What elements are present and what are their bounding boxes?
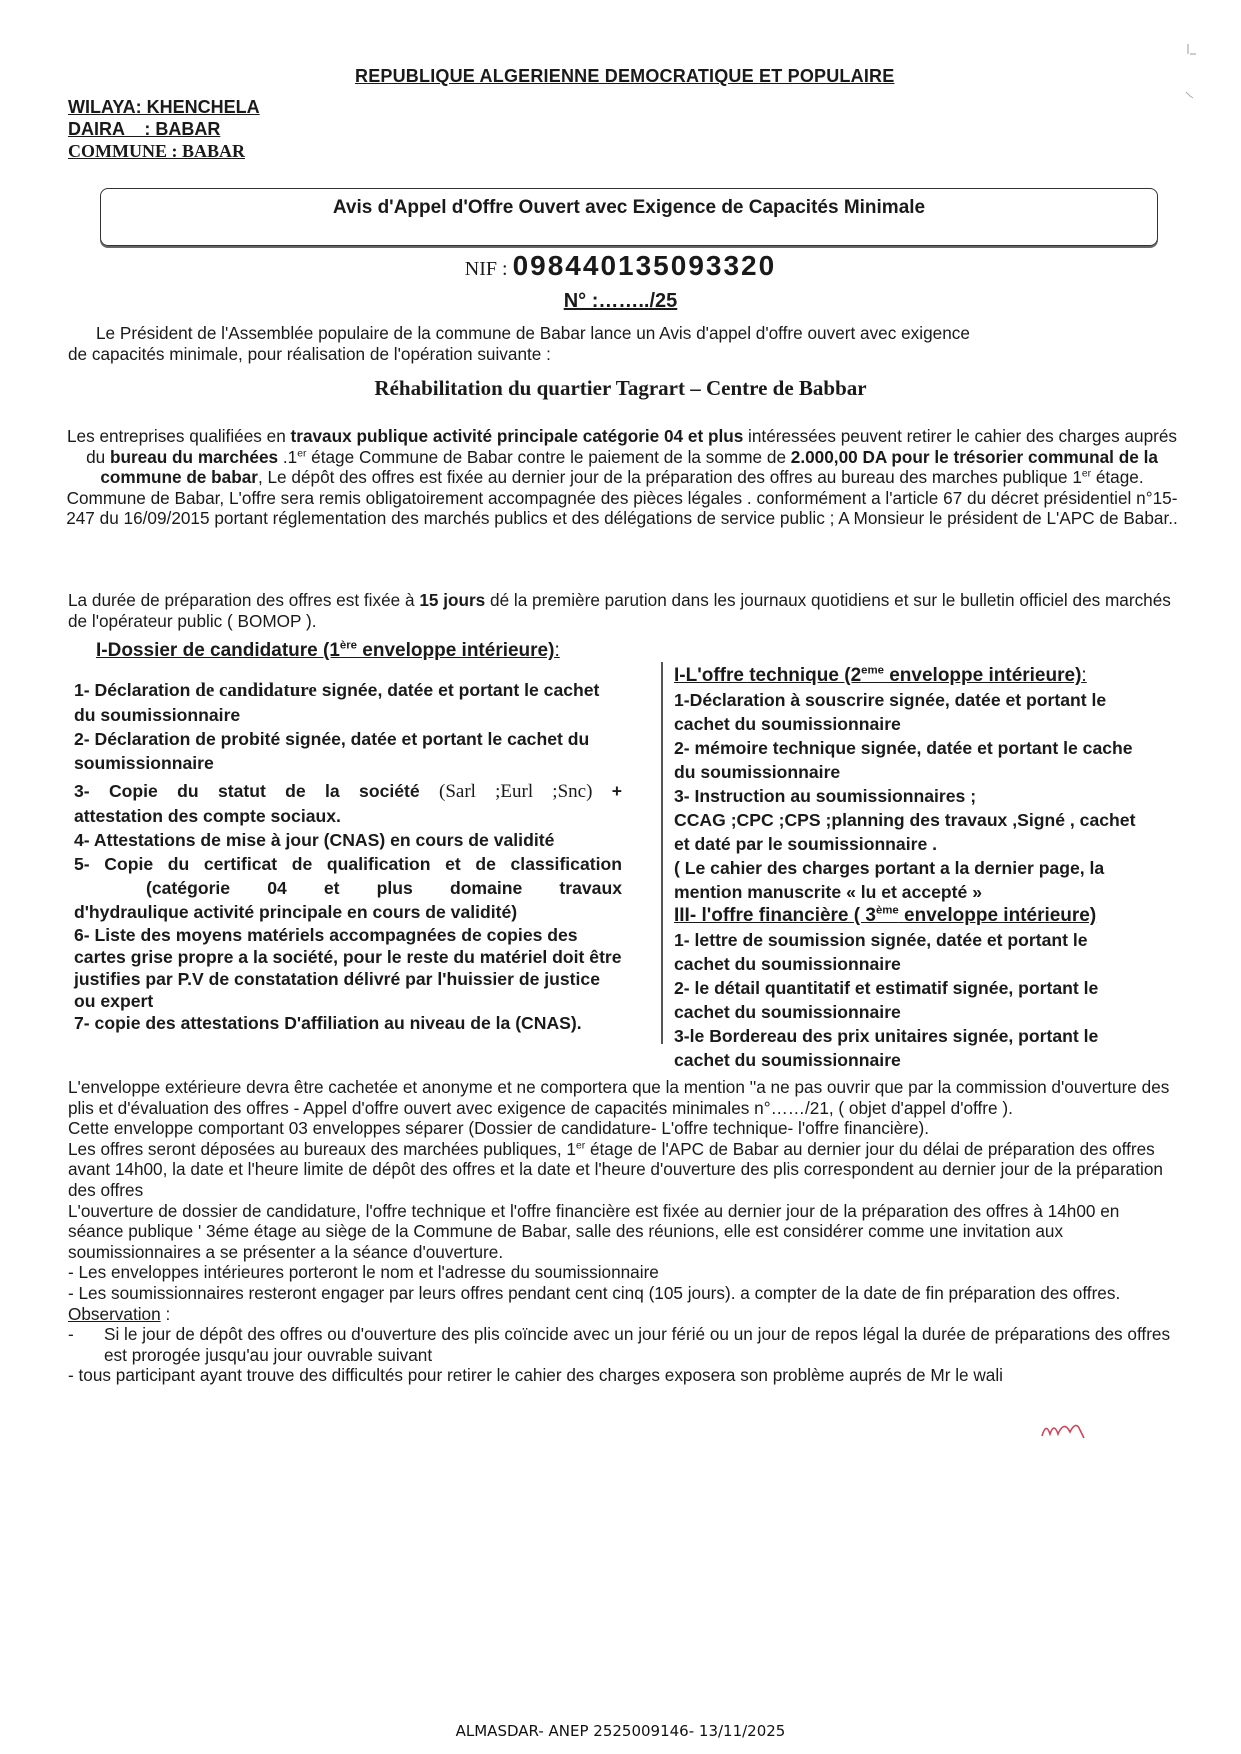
section-dossier-candidature-title: I-Dossier de candidature (1ère enveloppe… — [96, 640, 560, 662]
intro-line-1: Le Président de l'Assemblée populaire de… — [68, 323, 1178, 344]
outer-envelope-paragraph: L'enveloppe extérieure devra être cachet… — [68, 1077, 1178, 1118]
list-line: cachet du soumissionnaire — [674, 1048, 1234, 1072]
list-line: 3-le Bordereau des prix unitaires signée… — [674, 1024, 1234, 1048]
text: (Sarl ;Eurl ;Snc) — [439, 781, 592, 802]
list-line: 3- Instruction au soumissionnaires ; — [674, 784, 1234, 808]
bold-text: travaux publique activité principale cat… — [291, 426, 744, 446]
wilaya-label: WILAYA: KHENCHELA — [68, 96, 260, 118]
offers-column: I-L'offre technique (2eme enveloppe inté… — [674, 664, 1234, 1072]
text: I-L'offre technique (2 — [674, 665, 861, 686]
duration-paragraph: La durée de préparation des offres est f… — [68, 590, 1178, 631]
nif-label: NIF : — [465, 258, 513, 280]
superscript: er — [297, 448, 306, 459]
handwritten-signature-icon — [1040, 1418, 1090, 1442]
dossier-candidature-list: 1- Déclaration de candidature signée, da… — [74, 678, 622, 1034]
list-item-continuation: d'hydraulique activité principale en cou… — [74, 900, 622, 924]
list-line: mention manuscrite « lu et accepté » — [674, 880, 1234, 904]
bold-text: 15 jours — [419, 590, 485, 610]
bold-text: bureau du marchées — [110, 447, 278, 467]
list-line: 2- mémoire technique signée, datée et po… — [674, 736, 1234, 760]
list-line: 1-Déclaration à souscrire signée, datée … — [674, 688, 1234, 712]
list-item: 4- Attestations de mise à jour (CNAS) en… — [74, 828, 622, 852]
list-line: 1- lettre de soumission signée, datée et… — [674, 928, 1234, 952]
text: Observation — [68, 1304, 161, 1324]
text: La durée de préparation des offres est f… — [68, 590, 419, 610]
inner-envelopes-note: - Les enveloppes intérieures porteront l… — [68, 1262, 1178, 1283]
text: enveloppe intérieure) — [899, 905, 1096, 926]
opening-paragraph: L'ouverture de dossier de candidature, l… — [68, 1201, 1178, 1263]
eligibility-paragraph: Les entreprises qualifiées en travaux pu… — [62, 426, 1182, 529]
text: : — [1081, 665, 1086, 686]
text: + — [592, 781, 622, 801]
superscript: eme — [861, 665, 884, 677]
list-item: 5- Copie du certificat de qualification … — [74, 852, 622, 876]
text: Les entreprises qualifiées en — [67, 426, 291, 446]
list-item: 2- Déclaration de probité signée, datée … — [74, 727, 622, 775]
notice-title-box: Avis d'Appel d'Offre Ouvert avec Exigenc… — [100, 188, 1158, 246]
superscript: er — [1082, 468, 1091, 479]
list-item: 7- copie des attestations D'affiliation … — [74, 1012, 622, 1034]
nif-value: 098440135093320 — [513, 250, 777, 281]
observation-item: - tous participant ayant trouve des diff… — [68, 1365, 1178, 1386]
list-line: et daté par le soumissionnaire . — [674, 832, 1234, 856]
list-line: CCAG ;CPC ;CPS ;planning des travaux ,Si… — [674, 808, 1234, 832]
superscript: er — [576, 1140, 585, 1151]
text: I-Dossier de candidature (1 — [96, 640, 340, 661]
list-item: 6- Liste des moyens matériels accompagné… — [74, 924, 622, 1012]
list-line: 2- le détail quantitatif et estimatif si… — [674, 976, 1234, 1000]
nif-line: NIF : 098440135093320 — [0, 250, 1241, 282]
text: enveloppe intérieure) — [357, 640, 554, 661]
notice-number: N° :……../25 — [0, 290, 1241, 313]
list-item-continuation: attestation des compte sociaux. — [74, 804, 622, 828]
text: III- l'offre financière ( 3 — [674, 905, 876, 926]
section-offre-financiere-title: III- l'offre financière ( 3ème enveloppe… — [674, 904, 1234, 928]
intro-paragraph: Le Président de l'Assemblée populaire de… — [68, 323, 1178, 364]
list-item: 1- Déclaration de candidature signée, da… — [74, 678, 622, 727]
list-line: cachet du soumissionnaire — [674, 1000, 1234, 1024]
observation-heading: Observation : — [68, 1304, 1178, 1325]
operation-title: Réhabilitation du quartier Tagrart – Cen… — [0, 376, 1241, 401]
text: enveloppe intérieure) — [884, 665, 1081, 686]
administrative-block: WILAYA: KHENCHELA DAIRA : BABAR COMMUNE … — [68, 96, 260, 162]
text: 1- Déclaration — [74, 680, 195, 700]
list-line: cachet du soumissionnaire — [674, 952, 1234, 976]
list-item: 3- Copie du statut de la société (Sarl ;… — [74, 779, 622, 804]
text: : — [554, 640, 559, 661]
superscript: ème — [876, 905, 899, 917]
text: .1 — [278, 447, 297, 467]
list-line: du soumissionnaire — [674, 760, 1234, 784]
text: Les offres seront déposées au bureaux de… — [68, 1139, 576, 1159]
section-offre-technique-title: I-L'offre technique (2eme enveloppe inté… — [674, 664, 1234, 688]
commune-label: COMMUNE : BABAR — [68, 140, 260, 162]
superscript: ère — [340, 640, 357, 652]
list-item-continuation: (catégorie 04 et plus domaine travaux — [74, 876, 622, 900]
intro-line-2: de capacités minimale, pour réalisation … — [68, 344, 1178, 365]
text: , Le dépôt des offres est fixée au derni… — [258, 467, 1082, 487]
column-divider — [661, 662, 663, 1044]
text: Si le jour de dépôt des offres ou d'ouve… — [104, 1324, 1178, 1365]
list-line: ( Le cahier des charges portant a la der… — [674, 856, 1234, 880]
deposit-paragraph: Les offres seront déposées au bureaux de… — [68, 1139, 1178, 1201]
text: étage Commune de Babar contre le paiemen… — [306, 447, 790, 467]
republic-heading: REPUBLIQUE ALGERIENNE DEMOCRATIQUE ET PO… — [355, 66, 894, 87]
daira-label: DAIRA : BABAR — [68, 118, 260, 140]
three-envelopes-paragraph: Cette enveloppe comportant 03 enveloppes… — [68, 1118, 1178, 1139]
text: de candidature — [195, 680, 317, 701]
text: : — [161, 1304, 171, 1324]
list-line: cachet du soumissionnaire — [674, 712, 1234, 736]
bullet: - — [68, 1324, 104, 1365]
closing-section: L'enveloppe extérieure devra être cachet… — [68, 1077, 1178, 1386]
footer-reference: ALMASDAR- ANEP 2525009146- 13/11/2025 — [0, 1722, 1241, 1740]
notice-title: Avis d'Appel d'Offre Ouvert avec Exigenc… — [101, 197, 1157, 219]
commitment-note: - Les soumissionnaires resteront engager… — [68, 1283, 1178, 1304]
text: 3- Copie du statut de la société — [74, 781, 439, 801]
observation-item: -Si le jour de dépôt des offres ou d'ouv… — [68, 1324, 1178, 1365]
scan-artifact-icon — [1180, 40, 1230, 130]
